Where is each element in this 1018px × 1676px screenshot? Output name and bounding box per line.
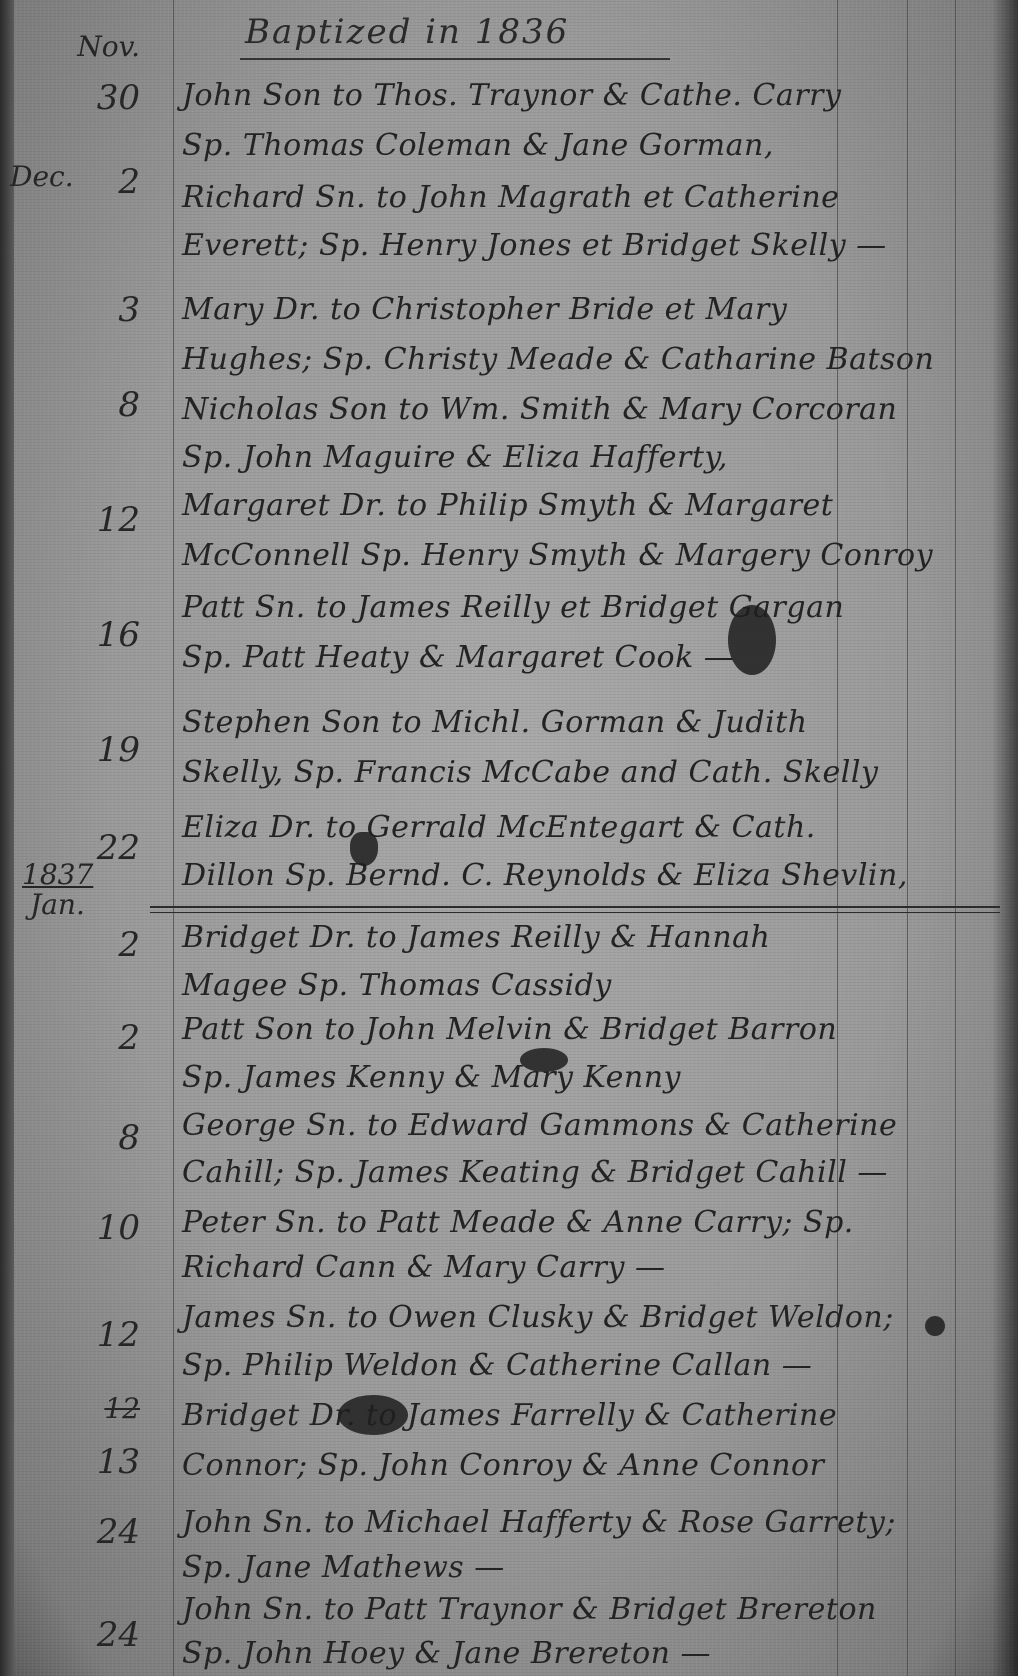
entry-line: Patt Sn. to James Reilly et Bridget Garg… [182, 590, 1002, 625]
month-label-nov: Nov. [20, 30, 140, 63]
entry-date: 10 [20, 1208, 140, 1248]
entry-line: Sp. John Maguire & Eliza Hafferty, [182, 440, 1002, 475]
entry-line: Sp. Patt Heaty & Margaret Cook — [182, 640, 1002, 675]
entry-line: Skelly, Sp. Francis McCabe and Cath. Ske… [182, 755, 1002, 790]
entry-line: Peter Sn. to Patt Meade & Anne Carry; Sp… [182, 1205, 1002, 1240]
entry-date: 2 [20, 925, 140, 965]
entry-line: James Sn. to Owen Clusky & Bridget Weldo… [182, 1300, 1002, 1335]
ink-blot [350, 832, 378, 866]
entry-date: 13 [20, 1442, 140, 1482]
entry-line: Connor; Sp. John Conroy & Anne Connor [182, 1448, 1002, 1483]
ink-blot [728, 605, 776, 675]
entry-line: Hughes; Sp. Christy Meade & Catharine Ba… [182, 342, 1002, 377]
entry-line: McConnell Sp. Henry Smyth & Margery Conr… [182, 538, 1002, 573]
entry-line: Bridget Dr. to James Farrelly & Catherin… [182, 1398, 1002, 1433]
entry-date: 2 [20, 162, 140, 202]
register-page: Baptized in 1836 Nov. Dec. 30 John Son t… [0, 0, 1018, 1676]
entry-line: Sp. John Hoey & Jane Brereton — [182, 1636, 1002, 1671]
entry-line: John Sn. to Michael Hafferty & Rose Garr… [182, 1505, 1002, 1540]
entry-date: 12 [20, 1315, 140, 1355]
entry-line: Nicholas Son to Wm. Smith & Mary Corcora… [182, 392, 1002, 427]
entry-line: Richard Sn. to John Magrath et Catherine [182, 180, 1002, 215]
entry-line: Patt Son to John Melvin & Bridget Barron [182, 1012, 1002, 1047]
entry-line: John Son to Thos. Traynor & Cathe. Carry [182, 78, 1002, 113]
year-divider-rule [150, 906, 1000, 908]
entry-line: Margaret Dr. to Philip Smyth & Margaret [182, 488, 1002, 523]
page-title: Baptized in 1836 [245, 12, 569, 52]
entry-line: Everett; Sp. Henry Jones et Bridget Skel… [182, 228, 1002, 263]
entry-line: John Sn. to Patt Traynor & Bridget Brere… [182, 1592, 1002, 1627]
struck-entry-date: 12 [20, 1392, 140, 1425]
entry-date: 3 [20, 290, 140, 330]
year-divider-rule [150, 912, 1000, 913]
entry-date: 12 [20, 500, 140, 540]
entry-line: Cahill; Sp. James Keating & Bridget Cahi… [182, 1155, 1002, 1190]
binding-edge [0, 0, 14, 1676]
entry-date: 2 [20, 1018, 140, 1058]
entry-date: 30 [20, 78, 140, 118]
entry-line: Sp. Philip Weldon & Catherine Callan — [182, 1348, 1002, 1383]
entry-date: 8 [20, 1118, 140, 1158]
entry-line: Richard Cann & Mary Carry — [182, 1250, 1002, 1285]
entry-line: Eliza Dr. to Gerrald McEntegart & Cath. [182, 810, 1002, 845]
entry-line: Magee Sp. Thomas Cassidy [182, 968, 1002, 1003]
title-underline [240, 58, 670, 60]
entry-date: 24 [20, 1512, 140, 1552]
entry-line: Bridget Dr. to James Reilly & Hannah [182, 920, 1002, 955]
month-label-jan: Jan. [30, 888, 120, 921]
entry-date: 24 [20, 1615, 140, 1655]
entry-line: Stephen Son to Michl. Gorman & Judith [182, 705, 1002, 740]
margin-rule [173, 0, 174, 1676]
entry-line: Sp. Thomas Coleman & Jane Gorman, [182, 128, 1002, 163]
entry-line: Dillon Sp. Bernd. C. Reynolds & Eliza Sh… [182, 858, 1002, 893]
ink-blot [338, 1395, 408, 1435]
entry-date: 16 [20, 615, 140, 655]
entry-line: Sp. James Kenny & Mary Kenny [182, 1060, 1002, 1095]
ink-blot [925, 1316, 945, 1336]
entry-line: Mary Dr. to Christopher Bride et Mary [182, 292, 1002, 327]
ink-blot [520, 1048, 568, 1072]
entry-line: George Sn. to Edward Gammons & Catherine [182, 1108, 1002, 1143]
entry-date: 19 [20, 730, 140, 770]
entry-line: Sp. Jane Mathews — [182, 1550, 1002, 1585]
year-marker: 1837 [22, 858, 112, 891]
entry-date: 8 [20, 385, 140, 425]
